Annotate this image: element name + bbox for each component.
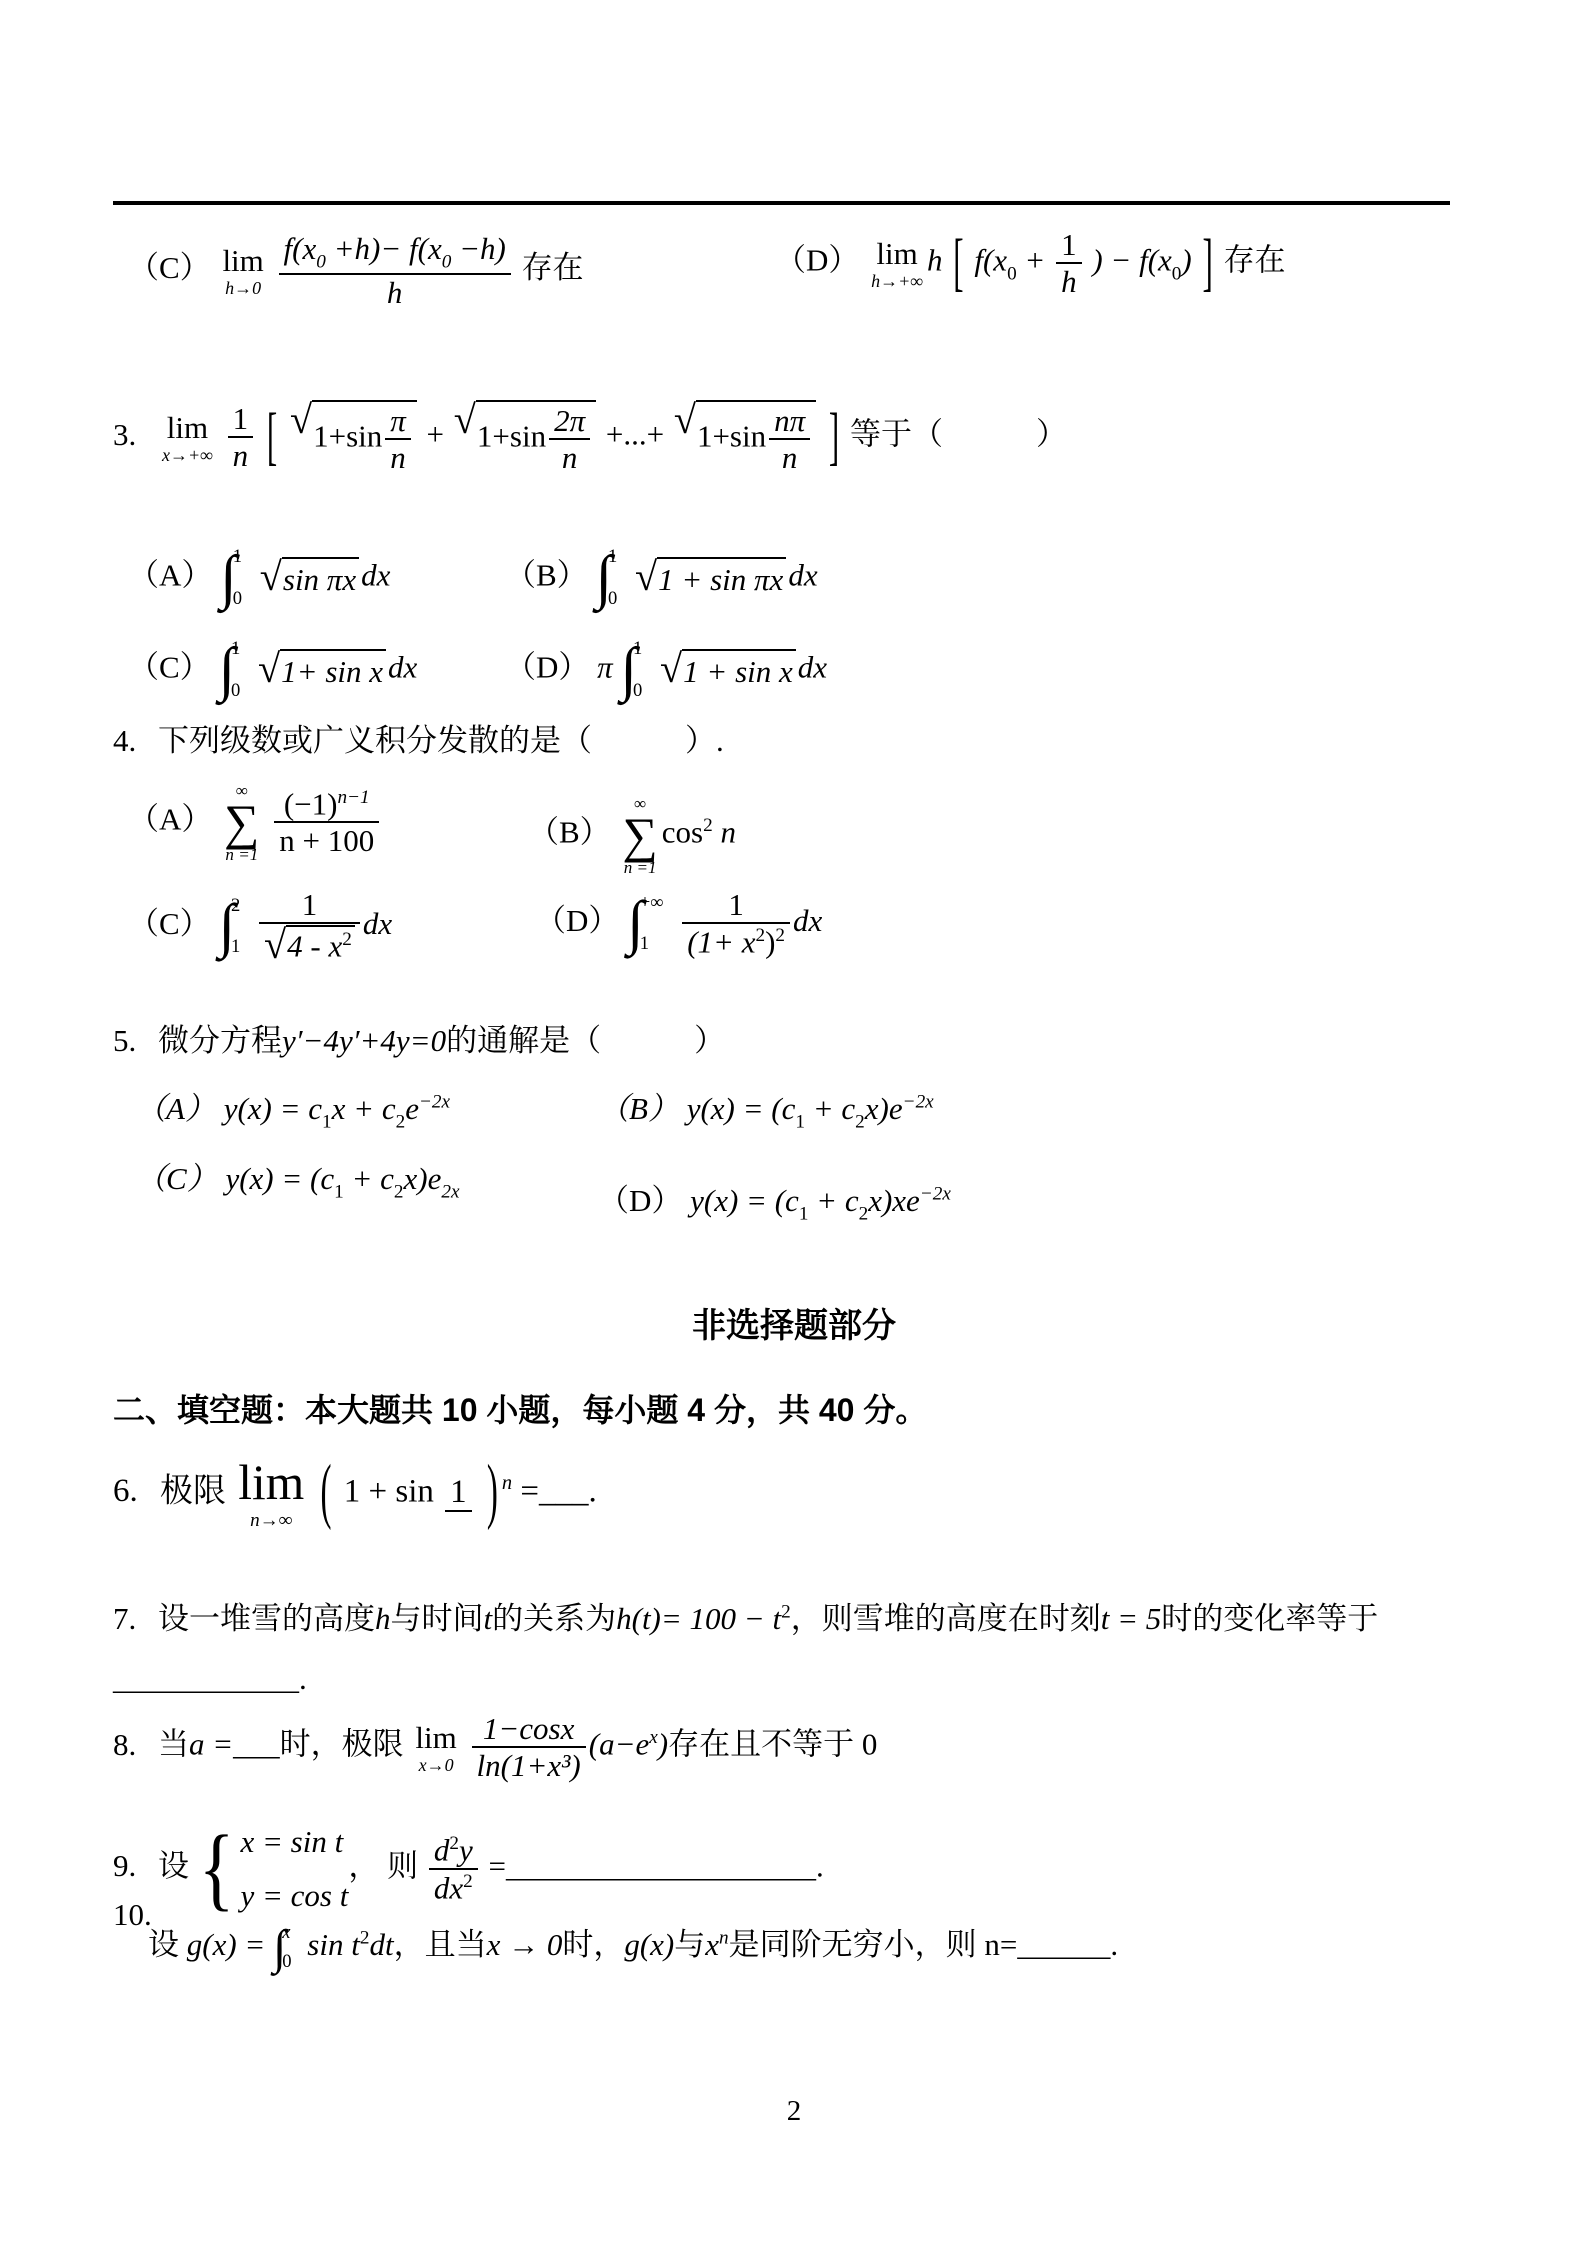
sigma-operator: ∞ ∑ n =1 — [622, 795, 657, 876]
option-label: （C） — [128, 649, 211, 684]
frac-num: 1 — [682, 888, 790, 922]
radicand: 1+ sin x — [280, 649, 386, 692]
sub: 2 — [859, 1204, 869, 1225]
stem-text: 时，极限 — [280, 1727, 404, 1762]
math-text: y — [459, 1833, 473, 1868]
sigma-lower: n =1 — [224, 846, 259, 863]
math-text: sin t — [307, 1927, 360, 1962]
differential: dx — [388, 649, 417, 684]
integral-limits: 10 — [231, 640, 240, 700]
right-paren: ) — [487, 1448, 498, 1539]
sqrt-term: √1 + sin πx — [635, 557, 786, 600]
frac-den: h — [279, 273, 511, 310]
radical-sign: √ — [264, 922, 286, 967]
pi-coefficient: π — [597, 649, 613, 684]
fraction: nπn — [769, 404, 810, 475]
math-text: f(x — [974, 243, 1007, 278]
frac-den: n — [769, 438, 810, 475]
lim-text: lim — [222, 245, 263, 276]
question-number: 8. — [113, 1727, 136, 1762]
stem-text: 设 — [158, 1848, 189, 1883]
upper-limit: x — [282, 1924, 291, 1943]
math-text: t = 5 — [1101, 1601, 1162, 1636]
fraction: 1−cosx ln(1+x³) — [472, 1712, 586, 1783]
differential: dx — [361, 557, 390, 592]
q7: 7. 设一堆雪的高度h与时间t的关系为h(t)= 100 − t2，则雪堆的高度… — [113, 1600, 1378, 1639]
sigma-operator: ∞ ∑ n =1 — [224, 782, 259, 863]
period: . — [299, 1661, 307, 1696]
math-text: ) — [765, 925, 775, 960]
frac-num: d2y — [429, 1833, 478, 1868]
math-text: + — [1017, 243, 1046, 278]
sigma-sign: ∑ — [224, 799, 259, 846]
stem-text: ，且当 — [394, 1927, 487, 1962]
radicand: 1+sin2πn — [476, 400, 596, 475]
math-text: (a−e — [589, 1727, 650, 1762]
math-text: g(x) = — [187, 1927, 266, 1962]
lim-sub: x→0 — [415, 1756, 456, 1774]
math-text: 4 - x — [287, 929, 342, 964]
frac-num: π — [385, 404, 411, 438]
math-text: x)e — [404, 1161, 442, 1196]
q4-stem: 4. 下列级数或广义积分发散的是（ ）. — [113, 722, 724, 761]
equation-text: y′−4y′+4y=0 — [282, 1023, 446, 1058]
sub: 0 — [1007, 263, 1017, 284]
left-paren: ( — [321, 1448, 332, 1539]
sub: 2x — [441, 1182, 459, 1203]
frac-den: (1+ x2)2 — [682, 922, 790, 960]
q6: 6. 极限 lim n→∞ ( 1 + sin 1 )n =___. — [113, 1458, 597, 1530]
math-text: h — [927, 243, 943, 278]
page-number: 2 — [0, 2093, 1588, 2129]
option-label: （B） — [505, 557, 588, 592]
stem-text: 的通解是（ ） — [446, 1023, 725, 1058]
question-number: 10. — [113, 1897, 152, 1932]
math-text: dx — [434, 1870, 463, 1905]
upper-limit: 1 — [633, 640, 642, 659]
sub: 0 — [316, 252, 326, 273]
radical-sign: √ — [454, 397, 476, 442]
math-text: ) — [1181, 243, 1191, 278]
sigma-lower: n =1 — [622, 859, 657, 876]
limit-operator: lim n→∞ — [238, 1458, 304, 1530]
stem-text: 当 — [158, 1727, 189, 1762]
integral-limits: +∞1 — [640, 894, 664, 954]
fraction: 1 h — [1056, 228, 1082, 299]
exists-text: 存在 — [522, 250, 584, 285]
fraction: 1 — [445, 1474, 472, 1513]
system-line: x = sin t — [240, 1815, 348, 1869]
question-number: 4. — [113, 723, 136, 758]
frac-num: nπ — [769, 404, 810, 438]
math-text: −h) — [451, 231, 506, 266]
exam-page: （C） lim h→0 f(x0 +h)− f(x0 −h) h 存在 （D） … — [0, 0, 1588, 2245]
stem-text: ，则雪堆的高度在时刻 — [791, 1601, 1101, 1636]
lower-limit: 0 — [608, 590, 617, 609]
stem-text: 设 — [148, 1927, 179, 1962]
math-text: + c — [805, 1091, 855, 1126]
section-instructions: 二、填空题：本大题共 10 小题，每小题 4 分，共 40 分。 — [113, 1390, 927, 1430]
differential: dx — [798, 649, 827, 684]
radicand: sin πx — [282, 557, 359, 600]
frac-num: (−1)n−1 — [274, 787, 379, 822]
option-label: （D） — [775, 243, 859, 278]
sup: 2 — [775, 925, 785, 946]
frac-num: 1 — [228, 402, 254, 436]
sup: n — [719, 1928, 729, 1949]
integral-limits: 21 — [231, 897, 240, 957]
question-number: 5. — [113, 1023, 136, 1058]
sqrt-term: √1+ sin x — [258, 649, 386, 692]
fraction: 1 √4 - x2 — [259, 888, 360, 965]
sqrt-term: √1+sin2πn — [454, 400, 596, 475]
q8: 8. 当a =___时，极限 lim x→0 1−cosx ln(1+x³) (… — [113, 1712, 877, 1783]
sub: 0 — [1172, 263, 1182, 284]
stem-text: 是同阶无穷小，则 n= — [729, 1927, 1018, 1962]
blank-line: ___ — [233, 1727, 280, 1762]
math-text: y(x) = (c — [225, 1161, 334, 1196]
option-label: （D） — [598, 1183, 682, 1218]
stem-text: 设一堆雪的高度 — [158, 1601, 375, 1636]
sup: 2 — [360, 1928, 370, 1949]
frac-num: 1 — [259, 888, 360, 922]
radicand: 4 - x2 — [286, 925, 355, 964]
frac-num: 1 — [1056, 228, 1082, 262]
period: . — [816, 1848, 824, 1883]
fraction: πn — [385, 404, 411, 475]
frac-den: n — [385, 438, 411, 475]
sqrt-term: √sin πx — [260, 557, 359, 600]
left-bracket: [ — [953, 223, 963, 304]
stem-text: 极限 — [160, 1473, 226, 1509]
sup: x — [649, 1727, 658, 1748]
fraction: d2y dx2 — [429, 1833, 478, 1905]
frac-den: n — [228, 436, 254, 473]
sub: 1 — [799, 1204, 809, 1225]
question-number: 7. — [113, 1601, 136, 1636]
sup: 2 — [781, 1601, 791, 1622]
math-text: x — [705, 1927, 719, 1962]
upper-limit: +∞ — [640, 894, 664, 913]
math-text: a = — [189, 1727, 233, 1762]
q5-stem: 5. 微分方程y′−4y′+4y=0的通解是（ ） — [113, 1022, 725, 1061]
left-bracket: [ — [267, 397, 277, 478]
q2-option-c: （C） lim h→0 f(x0 +h)− f(x0 −h) h 存在 — [128, 232, 584, 310]
q4-option-c: （C） ∫21 1 √4 - x2 dx — [128, 888, 392, 965]
lim-sub: x→+∞ — [162, 446, 213, 464]
equals-sign: = — [520, 1473, 539, 1509]
sup: 2 — [449, 1833, 459, 1854]
sub: 2 — [855, 1112, 865, 1133]
lim-text: lim — [415, 1722, 456, 1753]
stem-text: 下列级数或广义积分发散的是（ ）. — [158, 723, 724, 758]
math-text: y(x) = (c — [690, 1183, 799, 1218]
lower-limit: 1 — [640, 935, 664, 954]
radical-sign: √ — [660, 646, 682, 691]
limit-operator: lim x→+∞ — [162, 412, 213, 464]
equals-sign: = — [488, 1848, 505, 1883]
math-text: (−1) — [284, 786, 338, 821]
math-text: + c — [344, 1161, 394, 1196]
radicand: 1+sinnπn — [696, 400, 816, 475]
q4-option-b: （B） ∞ ∑ n =1 cos2 n — [528, 795, 736, 876]
math-text: e — [405, 1091, 419, 1126]
lim-sub: n→∞ — [238, 1511, 304, 1530]
math-text: 1+sin — [313, 419, 382, 454]
fraction: 2πn — [549, 404, 590, 475]
math-text: cos — [662, 815, 703, 850]
lim-sub: h→0 — [222, 279, 263, 297]
q10-body: 设 g(x) = ∫x0 sin t2dt，且当x → 0时，g(x)与xn是同… — [148, 1924, 1118, 1972]
sup: −2x — [903, 1091, 934, 1112]
q2-option-d: （D） lim h→+∞ h [ f(x0 + 1 h ) − f(x0) ] … — [775, 228, 1286, 299]
frac-den — [445, 1510, 472, 1513]
integral-limits: 10 — [233, 548, 242, 608]
differential: dx — [363, 906, 392, 941]
math-text: x)xe — [868, 1183, 920, 1218]
math-text: f(x — [284, 231, 317, 266]
blank-line: ____________________ — [506, 1848, 816, 1883]
stem-text: 与时间 — [391, 1601, 484, 1636]
option-label: （A） — [128, 557, 212, 592]
option-label: （B） — [528, 815, 611, 850]
frac-den: h — [1056, 262, 1082, 299]
upper-limit: 1 — [231, 640, 240, 659]
math-text: x + c — [332, 1091, 396, 1126]
blank-line: ______ — [1017, 1927, 1110, 1962]
math-text: x)e — [865, 1091, 903, 1126]
q7-blank-line: ____________. — [113, 1660, 307, 1699]
lim-text: lim — [238, 1458, 304, 1508]
math-text: x → 0 — [487, 1927, 563, 1962]
math-text: dt — [369, 1927, 393, 1962]
q5-option-d: （D） y(x) = (c1 + c2x)xe−2x — [598, 1182, 951, 1227]
period: . — [588, 1473, 596, 1509]
option-label: （A） — [135, 1091, 216, 1126]
exists-text: 存在 — [1224, 243, 1286, 278]
math-text: + c — [808, 1183, 858, 1218]
frac-num: 1 — [445, 1474, 472, 1510]
stem-text: 时的变化率等于 — [1161, 1601, 1378, 1636]
sup: −2x — [920, 1183, 951, 1204]
radical-sign: √ — [290, 397, 312, 442]
radical-sign: √ — [674, 397, 696, 442]
sub: 2 — [396, 1112, 406, 1133]
math-text: 1+sin — [477, 419, 546, 454]
math-text: +h)− f(x — [326, 231, 442, 266]
math-text: d — [434, 1833, 450, 1868]
math-text: g(x) — [624, 1927, 674, 1962]
blank-line: ___ — [539, 1473, 589, 1509]
upper-limit: 1 — [233, 548, 242, 567]
math-text: y(x) = (c — [687, 1091, 796, 1126]
radicand: 1+sinπn — [312, 400, 417, 475]
lower-limit: 0 — [282, 1953, 291, 1972]
limit-operator: lim h→0 — [222, 245, 263, 297]
stem-text: 时， — [562, 1927, 624, 1962]
sub: 2 — [394, 1182, 404, 1203]
stem-text: 微分方程 — [158, 1023, 282, 1058]
sup: 2 — [463, 1871, 473, 1892]
sqrt-term: √1+sinnπn — [674, 400, 816, 475]
radicand: 1 + sin x — [682, 649, 796, 692]
fraction: f(x0 +h)− f(x0 −h) h — [279, 232, 511, 310]
lim-text: lim — [871, 238, 923, 269]
header-rule — [113, 201, 1450, 205]
sigma-sign: ∑ — [622, 812, 657, 859]
period: . — [1110, 1927, 1118, 1962]
q3-option-b: （B） ∫10 √1 + sin πxdx — [505, 548, 818, 608]
section-heading: 非选择题部分 — [0, 1305, 1588, 1348]
math-text: h(t)= 100 − t — [616, 1601, 781, 1636]
plus-sign: + — [427, 417, 444, 452]
stem-text: 的关系为 — [492, 1601, 616, 1636]
limit-operator: lim x→0 — [415, 1722, 456, 1774]
upper-limit: 1 — [608, 548, 617, 567]
q5-option-b: （B） y(x) = (c1 + c2x)e−2x — [598, 1090, 934, 1135]
frac-num: 2π — [549, 404, 590, 438]
upper-limit: 2 — [231, 897, 240, 916]
q9: 9. 设 { x = sin t y = cos t ， 则 d2y dx2 =… — [113, 1815, 824, 1924]
right-bracket: ] — [1202, 223, 1212, 304]
question-number: 9. — [113, 1848, 136, 1883]
math-text: 1+sin — [697, 419, 766, 454]
fraction: (−1)n−1 n + 100 — [274, 787, 379, 859]
math-text: n — [713, 815, 736, 850]
lim-text: lim — [162, 412, 213, 443]
math-text: h — [375, 1601, 391, 1636]
system-line: y = cos t — [240, 1869, 348, 1923]
comma: ， — [348, 1848, 379, 1883]
radical-sign: √ — [635, 554, 657, 599]
radical-sign: √ — [260, 554, 282, 599]
q4-option-a: （A） ∞ ∑ n =1 (−1)n−1 n + 100 — [128, 782, 382, 863]
sub: 1 — [322, 1112, 332, 1133]
sup: −2x — [419, 1091, 450, 1112]
q5-option-a: （A） y(x) = c1x + c2e−2x — [135, 1090, 450, 1135]
sup: n−1 — [337, 787, 369, 808]
radicand: 1 + sin πx — [657, 557, 786, 600]
q10-number: 10. — [113, 1896, 152, 1935]
lim-sub: h→+∞ — [871, 272, 923, 290]
option-label: （A） — [128, 802, 212, 837]
lower-limit: 1 — [231, 938, 240, 957]
math-text: t — [484, 1601, 493, 1636]
option-label: （D） — [505, 649, 589, 684]
fraction: 1 (1+ x2)2 — [682, 888, 790, 960]
lower-limit: 0 — [633, 682, 642, 701]
question-number: 6. — [113, 1473, 138, 1509]
question-number: 3. — [113, 417, 136, 452]
frac-num: 1−cosx — [472, 1712, 586, 1746]
math-text: 1 + sin — [344, 1473, 434, 1509]
q3-option-c: （C） ∫10 √1+ sin xdx — [128, 640, 417, 700]
stem-text: 存在且不等于 0 — [668, 1727, 877, 1762]
math-text: y(x) = c — [224, 1091, 322, 1126]
math-text: ) − f(x — [1092, 243, 1171, 278]
equation-system: x = sin t y = cos t — [240, 1815, 348, 1924]
differential: dx — [788, 557, 817, 592]
frac-den: ln(1+x³) — [472, 1746, 586, 1783]
frac-den: n — [549, 438, 590, 475]
stem-text: 则 — [387, 1848, 418, 1883]
left-brace: { — [199, 1823, 235, 1916]
frac-den: n + 100 — [274, 821, 379, 858]
q3-option-d: （D） π ∫10 √1 + sin xdx — [505, 640, 827, 700]
fraction: 1 n — [228, 402, 254, 473]
frac-num: f(x0 +h)− f(x0 −h) — [279, 232, 511, 273]
right-bracket: ] — [829, 397, 839, 478]
sqrt-term: √1 + sin x — [660, 649, 796, 692]
limit-operator: lim h→+∞ — [871, 238, 923, 290]
sup: 2 — [342, 929, 352, 950]
option-label: （C） — [128, 250, 211, 285]
option-label: （B） — [598, 1091, 679, 1126]
sub: 1 — [795, 1112, 805, 1133]
option-label: （D） — [535, 903, 619, 938]
q4-option-d: （D） ∫+∞1 1 (1+ x2)2 dx — [535, 888, 822, 960]
integral-limits: 10 — [633, 640, 642, 700]
radical-sign: √ — [258, 646, 280, 691]
sub: 0 — [442, 252, 452, 273]
q3-stem: 3. lim x→+∞ 1 n [ √1+sinπn + √1+sin2πn +… — [113, 400, 1067, 475]
lower-limit: 0 — [233, 590, 242, 609]
sup: 2 — [755, 925, 765, 946]
stem-text: 等于（ ） — [850, 417, 1067, 452]
sup: n — [502, 1472, 512, 1494]
math-text: (1+ x — [687, 925, 755, 960]
option-label: （C） — [128, 906, 211, 941]
stem-text: 与 — [674, 1927, 705, 1962]
q3-option-a: （A） ∫10 √sin πxdx — [128, 548, 390, 608]
sup: 2 — [703, 815, 713, 836]
frac-den: dx2 — [429, 1868, 478, 1906]
frac-den: √4 - x2 — [259, 922, 360, 965]
math-text: ) — [658, 1727, 668, 1762]
integral-limits: x0 — [282, 1924, 291, 1972]
sub: 1 — [334, 1182, 344, 1203]
lower-limit: 0 — [231, 682, 240, 701]
integral-limits: 10 — [608, 548, 617, 608]
sqrt-term: √1+sinπn — [290, 400, 417, 475]
dots-text: +...+ — [606, 417, 664, 452]
differential: dx — [793, 903, 822, 938]
option-label: （C） — [135, 1161, 218, 1196]
blank-line: ____________ — [113, 1661, 299, 1696]
q5-option-c: （C） y(x) = (c1 + c2x)e2x — [135, 1160, 459, 1205]
